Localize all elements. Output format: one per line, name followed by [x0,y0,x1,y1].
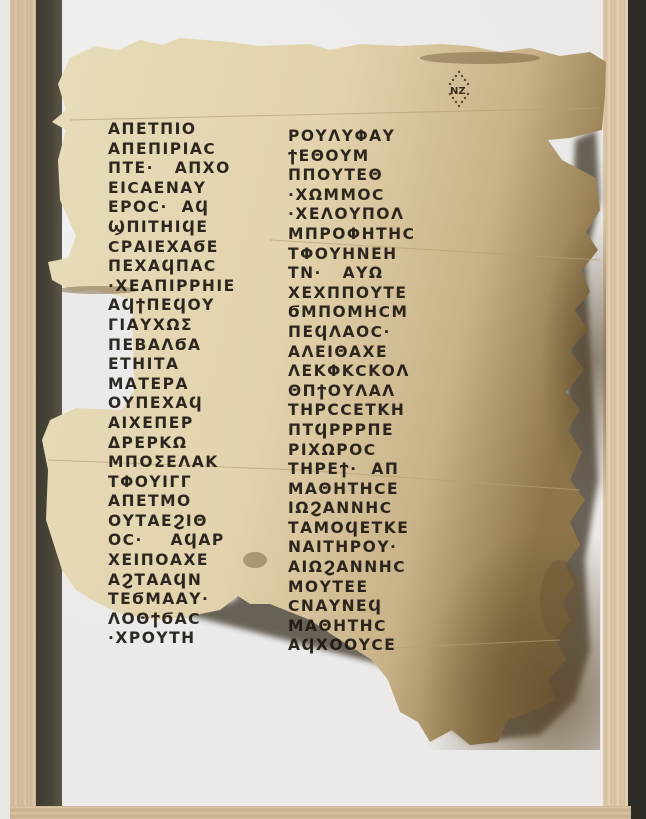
text-line: ΤΗΡϹCΕΤΚΗ [288,401,416,421]
page-number: NZ [450,86,466,97]
text-line: ΤΦΟΥΗΝΕΗ [288,245,416,265]
text-line: ϢΠΙΤΗΙϤΕ [108,218,236,238]
text-line: ΡΙΧΩΡΟC [288,441,416,461]
text-line: ΜΑΤΕΡΑ [108,375,236,395]
text-line: ΟC· ΑϤΑΡ [108,531,236,551]
text-line: ΟΥΠΕΧΑϤ [108,394,236,414]
text-line: ΤΝ· ΑΥΩ [288,264,416,284]
text-line: ΑϨΤΑΑϤΝ [108,571,236,591]
text-line: ΜΑΘΗΤΗCΕ [288,480,416,500]
text-line: ΑϤΧΟΟΥCΕ [288,636,416,656]
text-line: ΛΟΘϯϬΑC [108,610,236,630]
text-line: ΠΠΟΥΤΕΘ [288,166,416,186]
text-line: ΛΕΚΦΚCΚΟΛ [288,362,416,382]
text-column-left: ΑΠΕΤΠΙΟΑΠΕΠΙΡΙΑCΠΤΕ· ΑΠΧΟΕΙCΑΕΝΑΥΕΡΟC· Α… [108,120,236,649]
text-line: ΠΕϤΛΑΟC· [288,323,416,343]
text-line: ·ΧΡΟΥΤΗ [108,629,236,649]
text-line: ΑΙΧΕΠΕΡ [108,414,236,434]
text-line: ·ΧΕΛΟΥΠΟΛ [288,205,416,225]
text-line: ΠΕΒΑΛϬΑ [108,336,236,356]
text-line: ΧΕΙΠΟΑΧΕ [108,551,236,571]
text-line: ΜΑΘΗΤΗC [288,617,416,637]
text-line: ΑΠΕΠΙΡΙΑC [108,140,236,160]
text-line: ΠΤΕ· ΑΠΧΟ [108,159,236,179]
text-line: ΡΟΥΛΥΦΑΥ [288,127,416,147]
text-line: ΤΦΟΥΙΓΓ [108,473,236,493]
text-line: ΑΠΕΤΜΟ [108,492,236,512]
text-line: ΑΛΕΙΘΑΧΕ [288,343,416,363]
text-line: ΑϤϯΠΕϤΟΥ [108,296,236,316]
text-line: ΔΡΕΡΚΩ [108,434,236,454]
text-column-right: ΡΟΥΛΥΦΑΥϯΕΘΟΥΜΠΠΟΥΤΕΘ·ΧΩΜΜΟC·ΧΕΛΟΥΠΟΛΜΠΡ… [288,127,416,656]
text-line: ΕΙCΑΕΝΑΥ [108,179,236,199]
text-line: ΧΕΧΠΠΟΥΤΕ [288,284,416,304]
text-line: ΕΤΗΙΤΑ [108,355,236,375]
text-line: ΙΩϨΑΝΝΗC [288,499,416,519]
text-line: ·ΧΕΑΠΙΡΡΗΙΕ [108,277,236,297]
text-line: ΑΙΩϨΑΝΝΗC [288,558,416,578]
text-line: ϯΕΘΟΥΜ [288,147,416,167]
text-line: ·ΧΩΜΜΟC [288,186,416,206]
text-line: ΠΤϤΡΡΡΠΕ [288,421,416,441]
text-line: CΡΑΙΕΧΑϬΕ [108,238,236,258]
text-line: ΝΑΙΤΗΡΟΥ· [288,538,416,558]
text-line: ΜΟΥΤΕΕ [288,578,416,598]
text-line: ΠΕΧΑϤΠΑC [108,257,236,277]
text-line: ΕΡΟC· ΑϤ [108,198,236,218]
text-line: ΜΠΡΟΦΗΤΗC [288,225,416,245]
text-line: ΜΠΟΣΕΛΑΚ [108,453,236,473]
text-line: ΑΠΕΤΠΙΟ [108,120,236,140]
text-line: ΤΗΡΕϯ· ΑΠ [288,460,416,480]
text-line: ΤΑΜΟϤΕΤΚΕ [288,519,416,539]
text-line: ΤΕϬΜΑΑΥ· [108,590,236,610]
text-line: ΓΙΑΥΧΩΣ [108,316,236,336]
text-line: ΟΥΤΑΕϨΙΘ [108,512,236,532]
text-line: ϬΜΠΟΜΗCΜ [288,303,416,323]
text-line: CΝΑΥΝΕϤ [288,597,416,617]
text-line: ΘΠϯΟΥΛΑΛ [288,382,416,402]
